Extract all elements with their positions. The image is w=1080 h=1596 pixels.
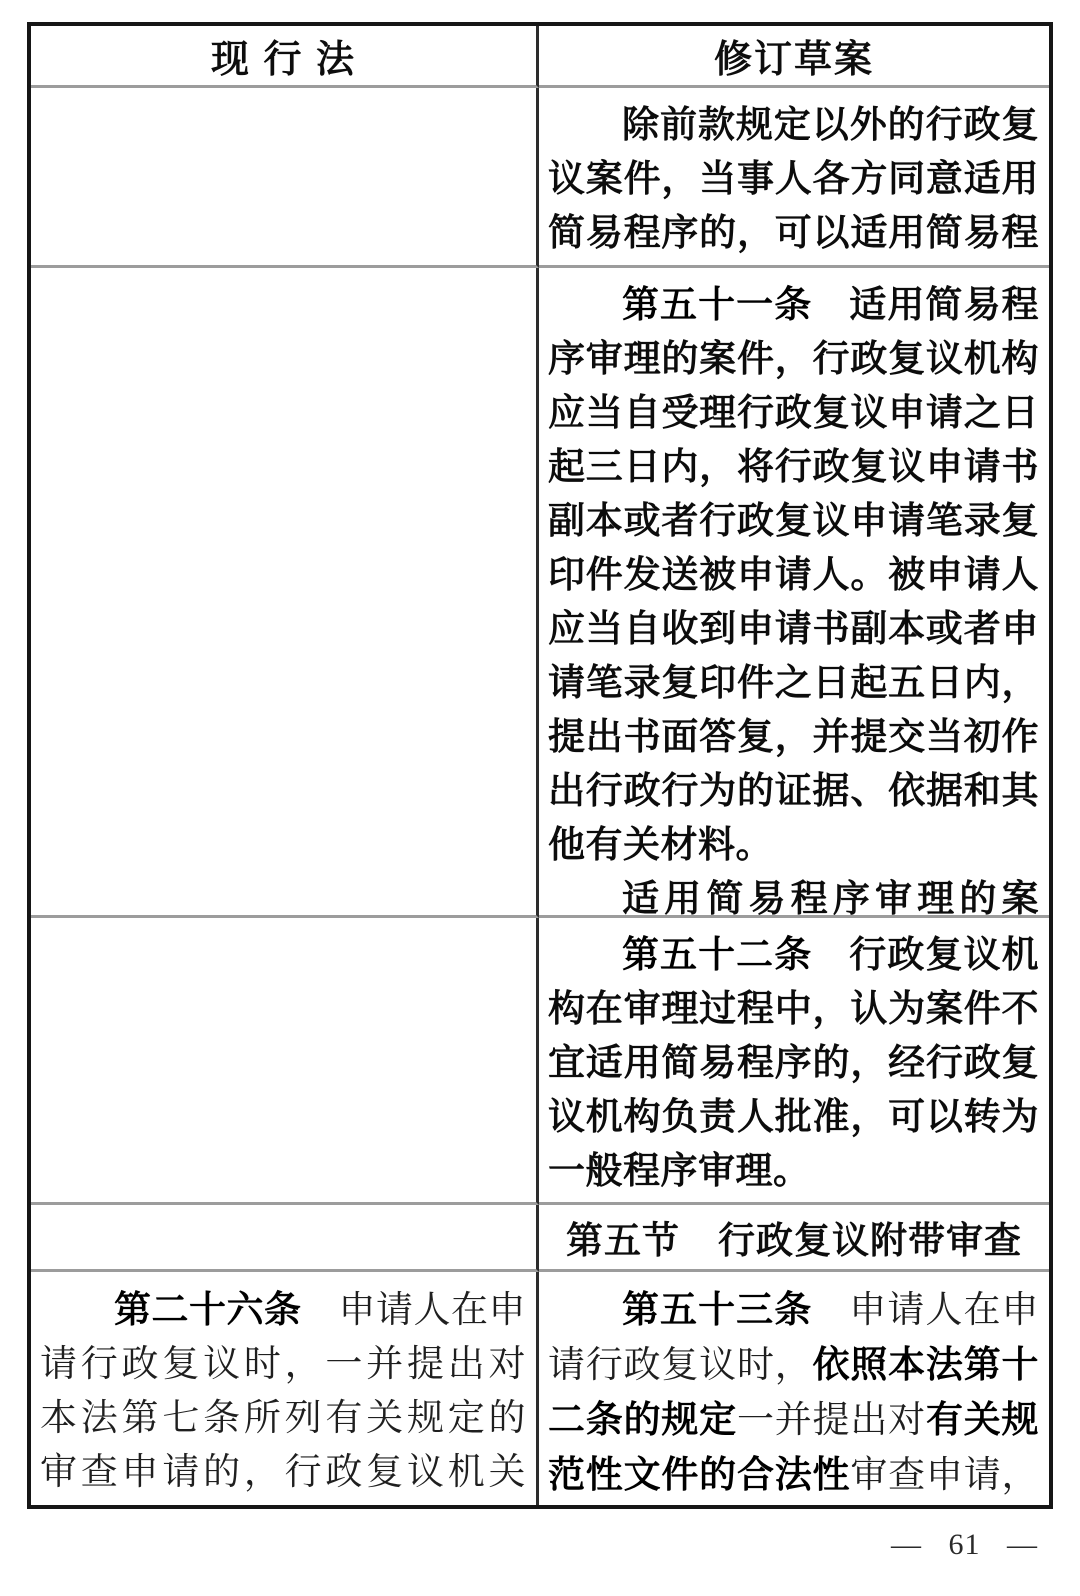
document-page: 现 行 法 修订草案 除前款规定以外的行政复议案件，当事人各方同意适用简易程序的… [0,0,1080,1596]
column-header-current-law: 现 行 法 [31,26,539,88]
comparison-table: 现 行 法 修订草案 除前款规定以外的行政复议案件，当事人各方同意适用简易程序的… [27,22,1053,1509]
article51-body1: 适用简易程序审理的案件，行政复议机构应当自受理行政复议申请之日起三日内，将行政复… [548,285,1039,866]
article53-paragraph: 第五十三条申请人在申请行政复议时，依照本法第十二条的规定一并提出对有关规范性文件… [548,1283,1039,1505]
article51-number: 第五十一条 [622,285,812,326]
revised-draft-cell-continuation: 除前款规定以外的行政复议案件，当事人各方同意适用简易程序的，可以适用简易程序。 [539,88,1049,268]
article52-paragraph: 第五十二条行政复议机构在审理过程中，认为案件不宜适用简易程序的，经行政复议机构负… [548,929,1039,1199]
revised-draft-cell-section: 第五节 行政复议附带审查 [539,1205,1049,1272]
revised-draft-label: 修订草案 [714,28,874,83]
revised-draft-cell-article51: 第五十一条适用简易程序审理的案件，行政复议机构应当自受理行政复议申请之日起三日内… [539,268,1049,918]
current-law-cell-empty-1 [31,88,539,268]
current-law-cell-empty-2 [31,268,539,918]
article51-paragraph1: 第五十一条适用简易程序审理的案件，行政复议机构应当自受理行政复议申请之日起三日内… [548,279,1039,873]
article51-paragraph2: 适用简易程序审理的案件，可以书面审理。 [548,873,1039,918]
article53-segment-plain-2: 一并提出对 [737,1400,926,1441]
page-number: — 61 — [891,1528,1038,1562]
article53-number: 第五十三条 [622,1289,812,1330]
current-law-cell-empty-3 [31,918,539,1205]
revised-draft-cell-article52: 第五十二条行政复议机构在审理过程中，认为案件不宜适用简易程序的，经行政复议机构负… [539,918,1049,1205]
current-law-label: 现 行 法 [211,28,356,83]
current-law-cell-empty-4 [31,1205,539,1272]
current-law-cell-article26: 第二十六条申请人在申请行政复议时，一并提出对本法第七条所列有关规定的审查申请的，… [31,1272,539,1505]
continuation-paragraph: 除前款规定以外的行政复议案件，当事人各方同意适用简易程序的，可以适用简易程序。 [548,99,1039,268]
article26-paragraph: 第二十六条申请人在申请行政复议时，一并提出对本法第七条所列有关规定的审查申请的，… [40,1283,526,1505]
column-header-revised-draft: 修订草案 [539,26,1049,88]
revised-draft-cell-article53: 第五十三条申请人在申请行政复议时，依照本法第十二条的规定一并提出对有关规范性文件… [539,1272,1049,1505]
section-heading: 第五节 行政复议附带审查 [566,1210,1022,1264]
article52-number: 第五十二条 [622,935,812,976]
article26-number: 第二十六条 [114,1289,302,1330]
